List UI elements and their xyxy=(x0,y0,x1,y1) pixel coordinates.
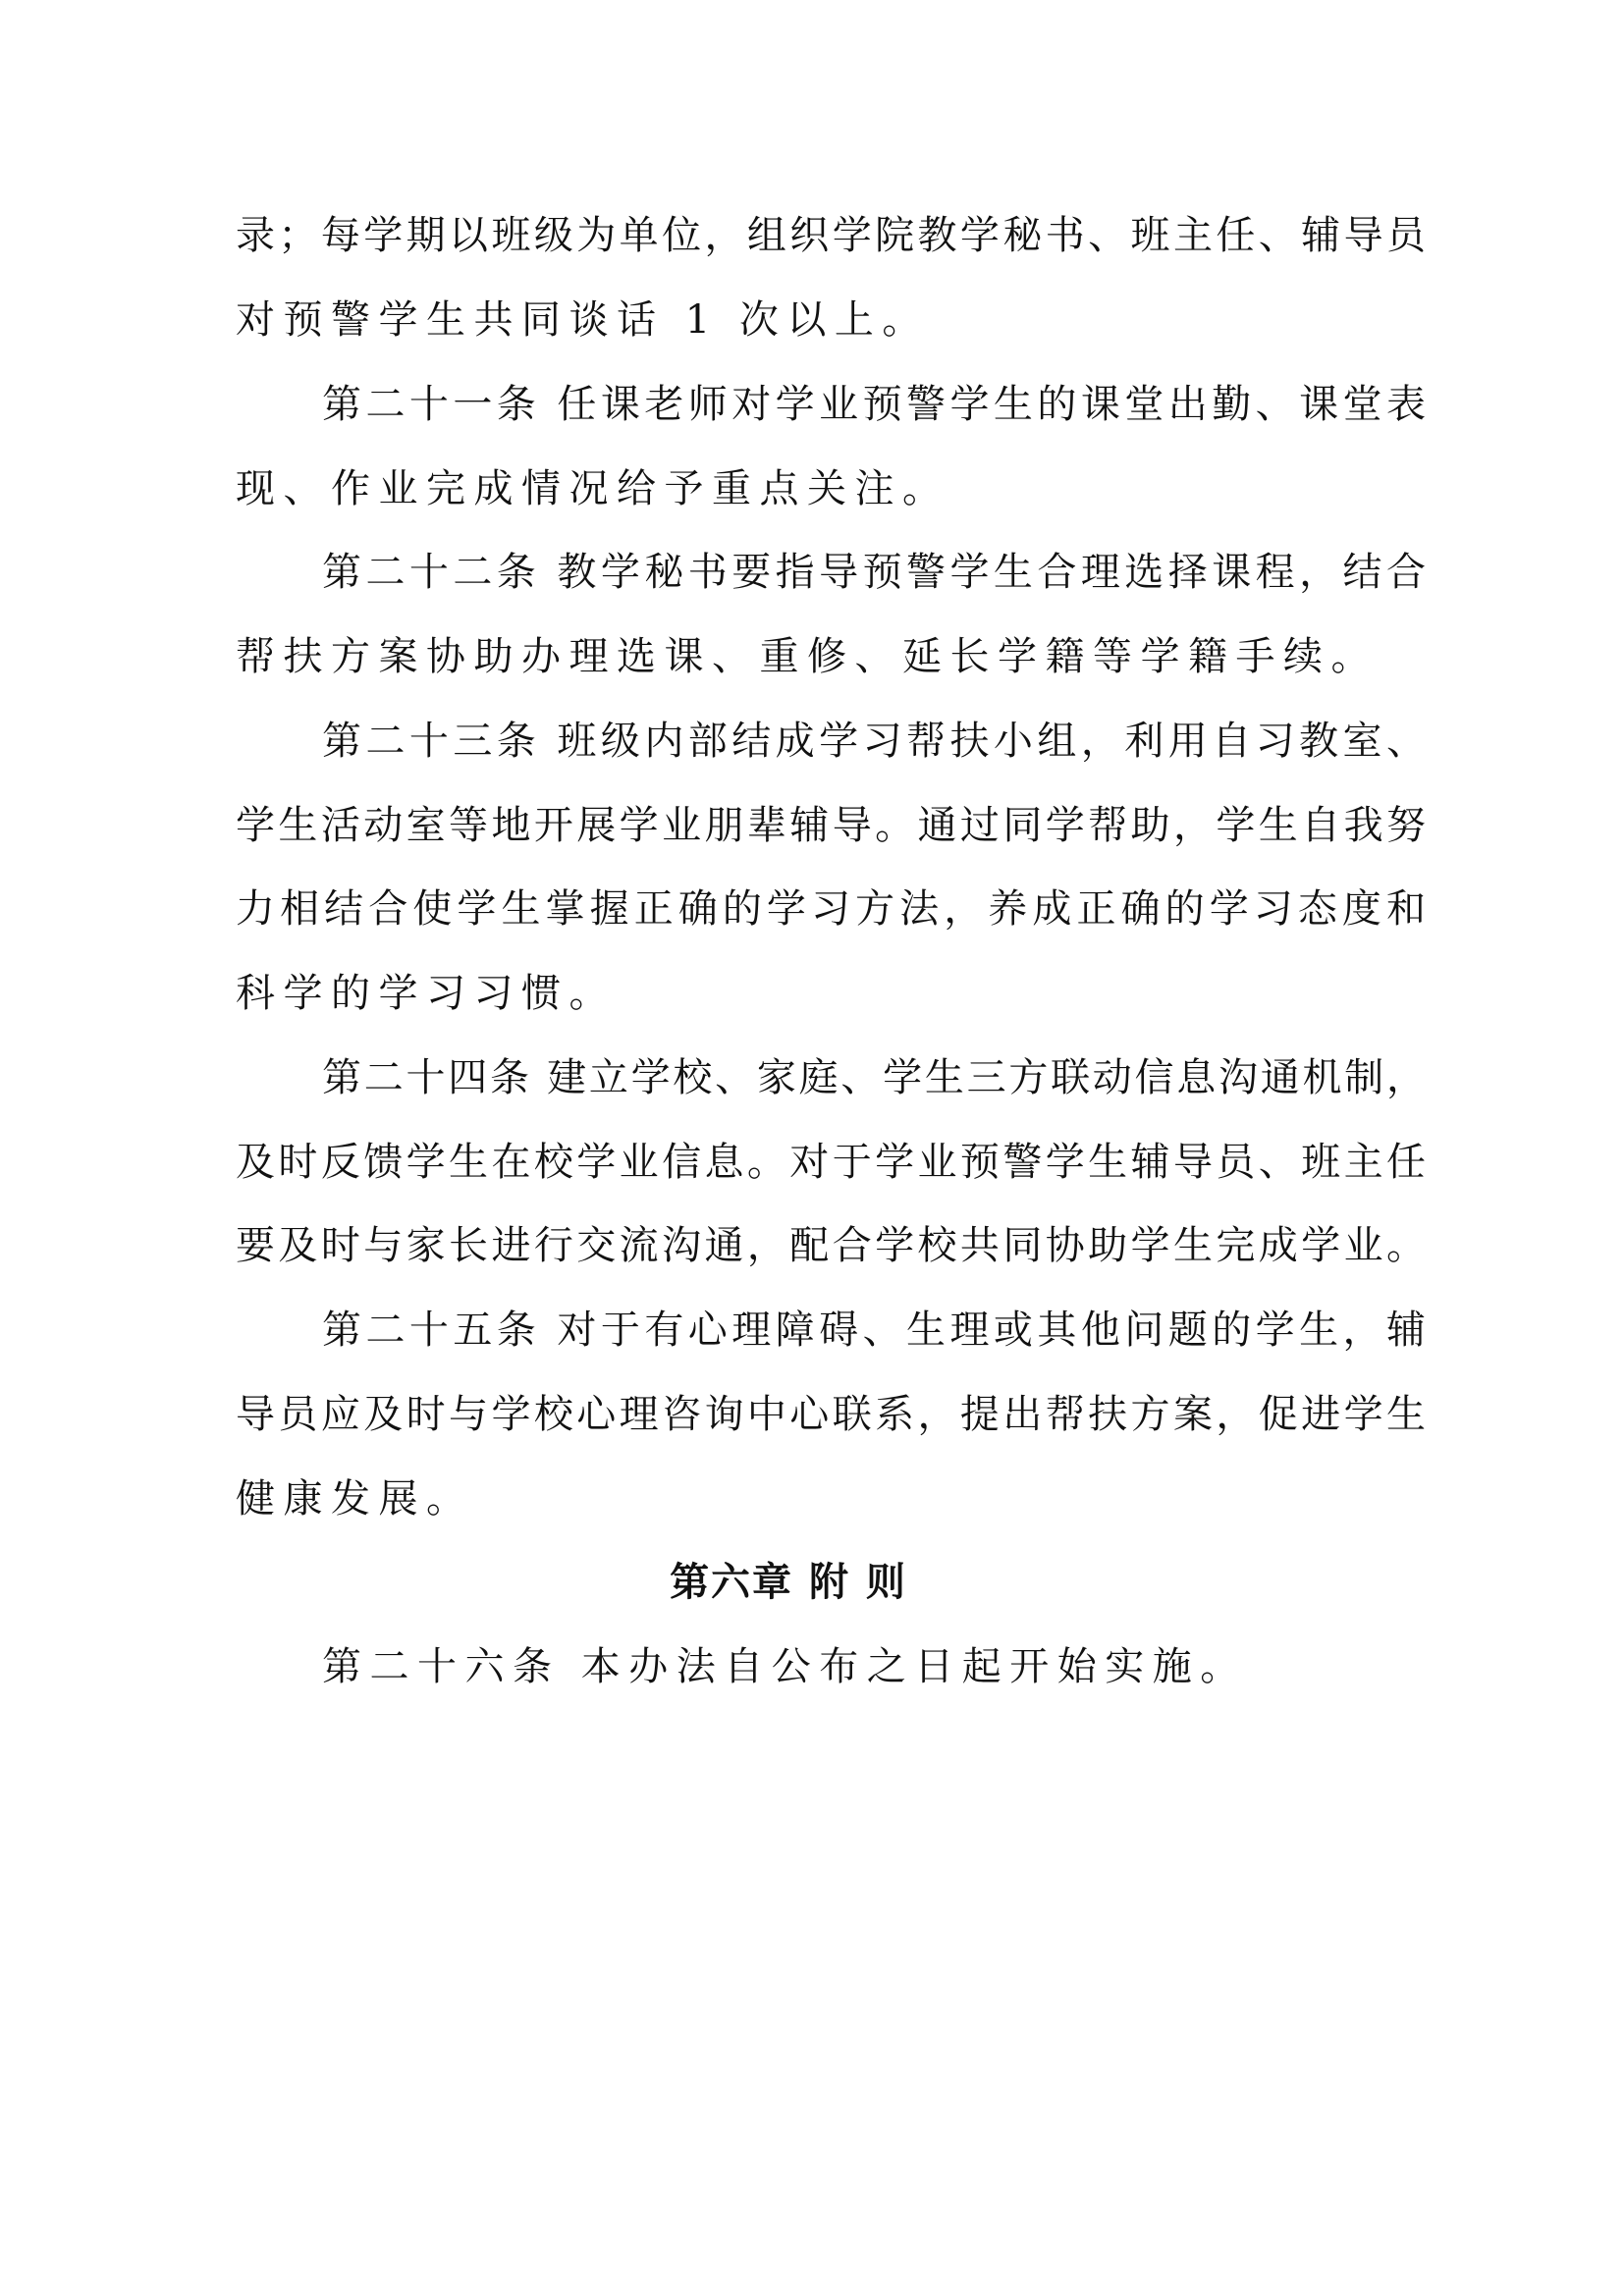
text-line: 学生活动室等地开展学业朋辈辅导。通过同学帮助，学生自我努 xyxy=(236,796,1426,855)
text-line: 录；每学期以班级为单位，组织学院教学秘书、班主任、辅导员 xyxy=(236,206,1426,265)
text-line: 要及时与家长进行交流沟通，配合学校共同协助学生完成学业。 xyxy=(236,1216,1426,1275)
article-22-line: 第二十二条 教学秘书要指导预警学生合理选择课程，结合 xyxy=(322,543,1426,602)
chapter-heading: 第六章 附 则 xyxy=(0,1553,1600,1612)
article-24-line: 第二十四条 建立学校、家庭、学生三方联动信息沟通机制， xyxy=(322,1048,1426,1107)
article-21-line: 第二十一条 任课老师对学业预警学生的课堂出勤、课堂表 xyxy=(322,375,1426,434)
text-line: 帮扶方案协助办理选课、重修、延长学籍等学籍手续。 xyxy=(236,627,1426,686)
article-23-line: 第二十三条 班级内部结成学习帮扶小组，利用自习教室、 xyxy=(322,712,1426,771)
text-line: 现、作业完成情况给予重点关注。 xyxy=(236,459,1426,518)
text-line: 导员应及时与学校心理咨询中心联系，提出帮扶方案，促进学生 xyxy=(236,1385,1426,1444)
text-line: 科学的学习习惯。 xyxy=(236,964,1426,1023)
text-line: 及时反馈学生在校学业信息。对于学业预警学生辅导员、班主任 xyxy=(236,1133,1426,1192)
article-25-line: 第二十五条 对于有心理障碍、生理或其他问题的学生，辅 xyxy=(322,1301,1426,1360)
article-26-line: 第二十六条 本办法自公布之日起开始实施。 xyxy=(322,1637,1426,1696)
text-line: 健康发展。 xyxy=(236,1469,1426,1528)
text-line: 力相结合使学生掌握正确的学习方法，养成正确的学习态度和 xyxy=(236,880,1426,938)
document-page: 录；每学期以班级为单位，组织学院教学秘书、班主任、辅导员 对预警学生共同谈话 1… xyxy=(0,0,1624,2296)
text-line: 对预警学生共同谈话 1 次以上。 xyxy=(236,291,1426,349)
